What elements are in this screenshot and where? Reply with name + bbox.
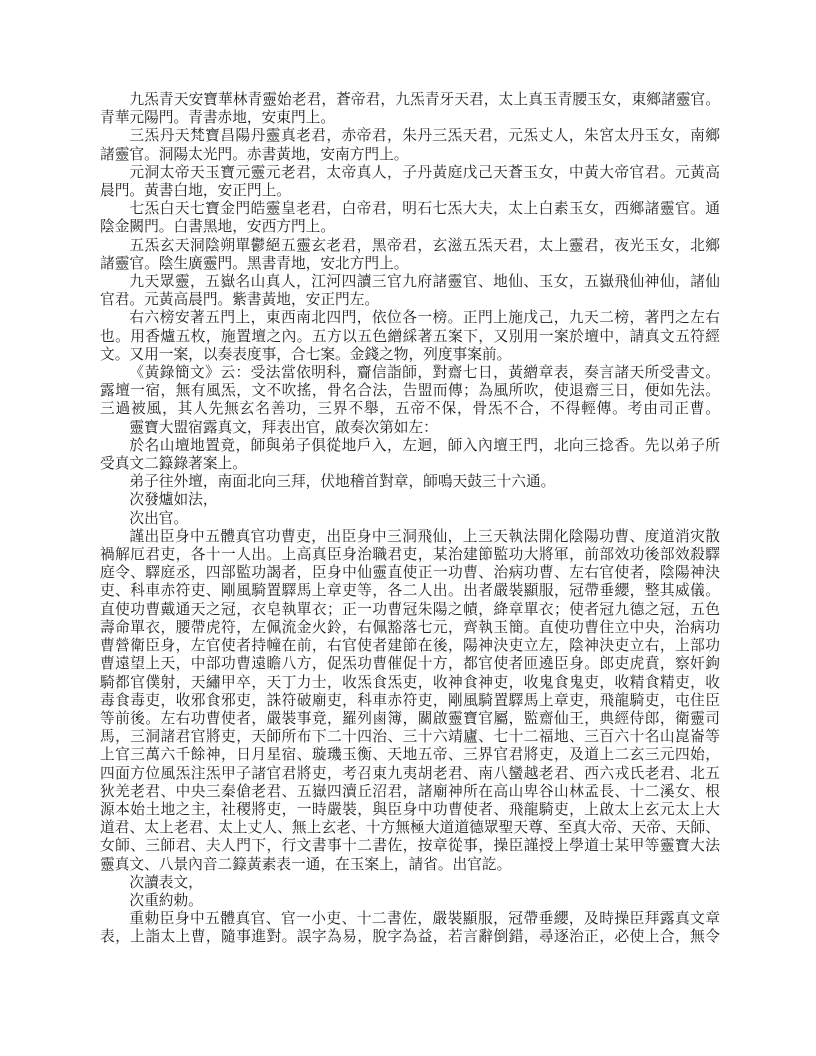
- text-line: 元洞太帝天玉寶元靈元老君，太帝真人，子丹黃庭戊己天蒼玉女，中黃大帝官君。元黃高: [100, 164, 720, 182]
- text-line: 受真文二籙錄著案上。: [100, 455, 720, 473]
- text-line: 露壇一宿，無有風炁，文不吹搖，骨名合法，告盟而傳；為風所吹，使退齋三日，便如先法…: [100, 382, 720, 400]
- text-line: 青華元陽門。青書赤地，安東門上。: [100, 109, 720, 127]
- text-line: 吏、科車赤符吏、剛風騎置驛馬上章吏等，各二人出。出者嚴裝顯服，冠帶垂纓，整其威儀…: [100, 582, 720, 600]
- text-line: 騎都官僕射，天繡甲卒，天丁力士，收炁食炁吏，收神食神吏，收鬼食鬼吏，收精食精吏，…: [100, 674, 720, 692]
- text-line: 陰金闕門。白書黑地，安西方門上。: [100, 218, 720, 236]
- text-line: 文。又用一案，以奏表度事，合七案。金錢之物，列度事案前。: [100, 346, 720, 364]
- text-line: 弟子往外壇，南面北向三拜，伏地稽首對章，師鳴天鼓三十六通。: [100, 473, 720, 491]
- text-line: 於名山壇地置竟，師與弟子俱從地戶入，左迴，師入內壇王門，北向三捻香。先以弟子所: [100, 437, 720, 455]
- text-line: 七炁白天七寶金門皓靈皇老君，白帝君，明石七炁大夫，太上白素玉女，西鄉諸靈官。通: [100, 200, 720, 218]
- text-line: 狄羌老君、中央三秦傖老君、五嶽四瀆丘沼君，諸廟神所在高山卑谷山林孟長、十二溪女、…: [100, 783, 720, 801]
- text-line: 九天眾靈，五嶽名山真人，江河四讀三官九府諸靈官、地仙、玉女，五嶽飛仙神仙，諸仙: [100, 273, 720, 291]
- text-line: 三過被風，其人先無玄名善功，三界不舉，五帝不保，骨炁不合，不得輕傳。考由司正曹。: [100, 400, 720, 418]
- text-line: 道君、太上老君、太上丈人、無上玄老、十方無極大道道德眾聖天尊、至真大帝、天帝、天…: [100, 819, 720, 837]
- text-line: 官君。元黃高晨門。紫書黃地，安正門左。: [100, 291, 720, 309]
- text-line: 四面方位風炁注炁甲子諸官君將吏，考召東九夷胡老君、南八蠻越老君、西六戎氏老君、北…: [100, 765, 720, 783]
- text-line: 諸靈官。陰生廣靈門。黑書青地，安北方門上。: [100, 255, 720, 273]
- text-line: 諸靈官。洞陽太光門。赤書黃地，安南方門上。: [100, 146, 720, 164]
- text-line: 重勅臣身中五體真官、官一小吏、十二書佐，嚴裝顯服，冠帶垂纓，及時操臣拜露真文章: [100, 910, 720, 928]
- text-line: 也。用香爐五枚，施置壇之內。五方以五色繒綵著五案下，又別用一案於壇中，請真文五符…: [100, 328, 720, 346]
- text-line: 女師、三師君、夫人門下，行文書事十二書佐，按章從事，操臣謹授上學道士某甲等靈寶大…: [100, 837, 720, 855]
- text-line: 等前後。左右功曹使者，嚴裝事竟，羅列鹵簿，關啟靈寶官屬，監齋仙王，典經侍郎，衛靈…: [100, 710, 720, 728]
- text-line: 次發爐如法，: [100, 491, 720, 509]
- text-line: 直使功曹戴通天之冠，衣皂執單衣；正一功曹冠朱陽之幘，絳章單衣；使者冠九德之冠，五…: [100, 601, 720, 619]
- text-line: 晨門。黃書白地，安正門上。: [100, 182, 720, 200]
- text-line: 《黃錄簡文》云：受法當依明科，齎信詣師，對齋七日，黃繒章表，奏言諸天所受書文。: [100, 364, 720, 382]
- text-line: 禍解厄君吏，各十一人出。上高真臣身治職君吏，某治建節監功大將軍，前部效功後部效殺…: [100, 546, 720, 564]
- text-line: 上官三萬六千餘神，日月星宿、璇璣玉衡、天地五帝、三界官君將吏，及道上二玄三元四始…: [100, 746, 720, 764]
- text-line: 庭令、驛庭丞，四部監功謁者，臣身中仙靈直使正一功曹、治病功曹、左右官使者，陰陽神…: [100, 564, 720, 582]
- text-line: 次讀表文，: [100, 874, 720, 892]
- text-line: 靈真文、八景內音二籙黃素表一通，在玉案上，請省。出官訖。: [100, 856, 720, 874]
- text-line: 馬，三洞諸君官將吏，天師所布下二十四治、三十六靖廬、七十二福地、三百六十名山崑崙…: [100, 728, 720, 746]
- text-line: 表，上詣太上曹，隨事進對。誤字為易，脫字為益，若言辭倒錯，尋逐治正，必使上合，無…: [100, 928, 720, 946]
- text-line: 次重約勅。: [100, 892, 720, 910]
- text-line: 曹遠望上天，中部功曹遠瞻八方，促炁功曹催促十方，都官使者匝遶臣身。郎吏虎賁，察奸…: [100, 655, 720, 673]
- text-line: 靈寶大盟宿露真文，拜表出官，啟奏次第如左：: [100, 419, 720, 437]
- text-line: 謹出臣身中五體真官功曹吏，出臣身中三洞飛仙，上三天執法開化陰陽功曹、度道消灾散: [100, 528, 720, 546]
- text-line: 曹營衛臣身，左官使者持幢在前，右官使者建節在後，陽神決吏立左，陰神決吏立右，上部…: [100, 637, 720, 655]
- document-page: 九炁青天安寶華林青靈始老君，蒼帝君，九炁青牙天君，太上真玉青腰玉女，東鄉諸靈官。…: [0, 0, 816, 1056]
- text-line: 三炁丹天梵寶昌陽丹靈真老君，赤帝君，朱丹三炁天君，元炁丈人，朱宮太丹玉女，南鄉: [100, 127, 720, 145]
- text-line: 九炁青天安寶華林青靈始老君，蒼帝君，九炁青牙天君，太上真玉青腰玉女，東鄉諸靈官。: [100, 91, 720, 109]
- text-line: 壽命單衣，腰帶虎符，左佩流金火鈴，右佩豁落七元，齊執玉簡。直使功曹住立中央，治病…: [100, 619, 720, 637]
- text-line: 次出官。: [100, 510, 720, 528]
- text-line: 源本始土地之主，社稷將吏，一時嚴裝，與臣身中功曹使者、飛龍騎吏，上啟太上玄元太上…: [100, 801, 720, 819]
- text-line: 毒食毒吏，收邪食邪吏，誅符破廟吏，科車赤符吏，剛風騎置驛馬上章吏，飛龍騎吏，屯住…: [100, 692, 720, 710]
- text-line: 右六榜安著五門上，東西南北四門，依位各一榜。正門上施戊己，九天二榜，著門之左右: [100, 309, 720, 327]
- text-line: 五炁玄天洞陰朔單鬱絕五靈玄老君，黑帝君，玄滋五炁天君，太上靈君，夜光玉女，北鄉: [100, 237, 720, 255]
- document-text-block: 九炁青天安寶華林青靈始老君，蒼帝君，九炁青牙天君，太上真玉青腰玉女，東鄉諸靈官。…: [100, 91, 720, 947]
